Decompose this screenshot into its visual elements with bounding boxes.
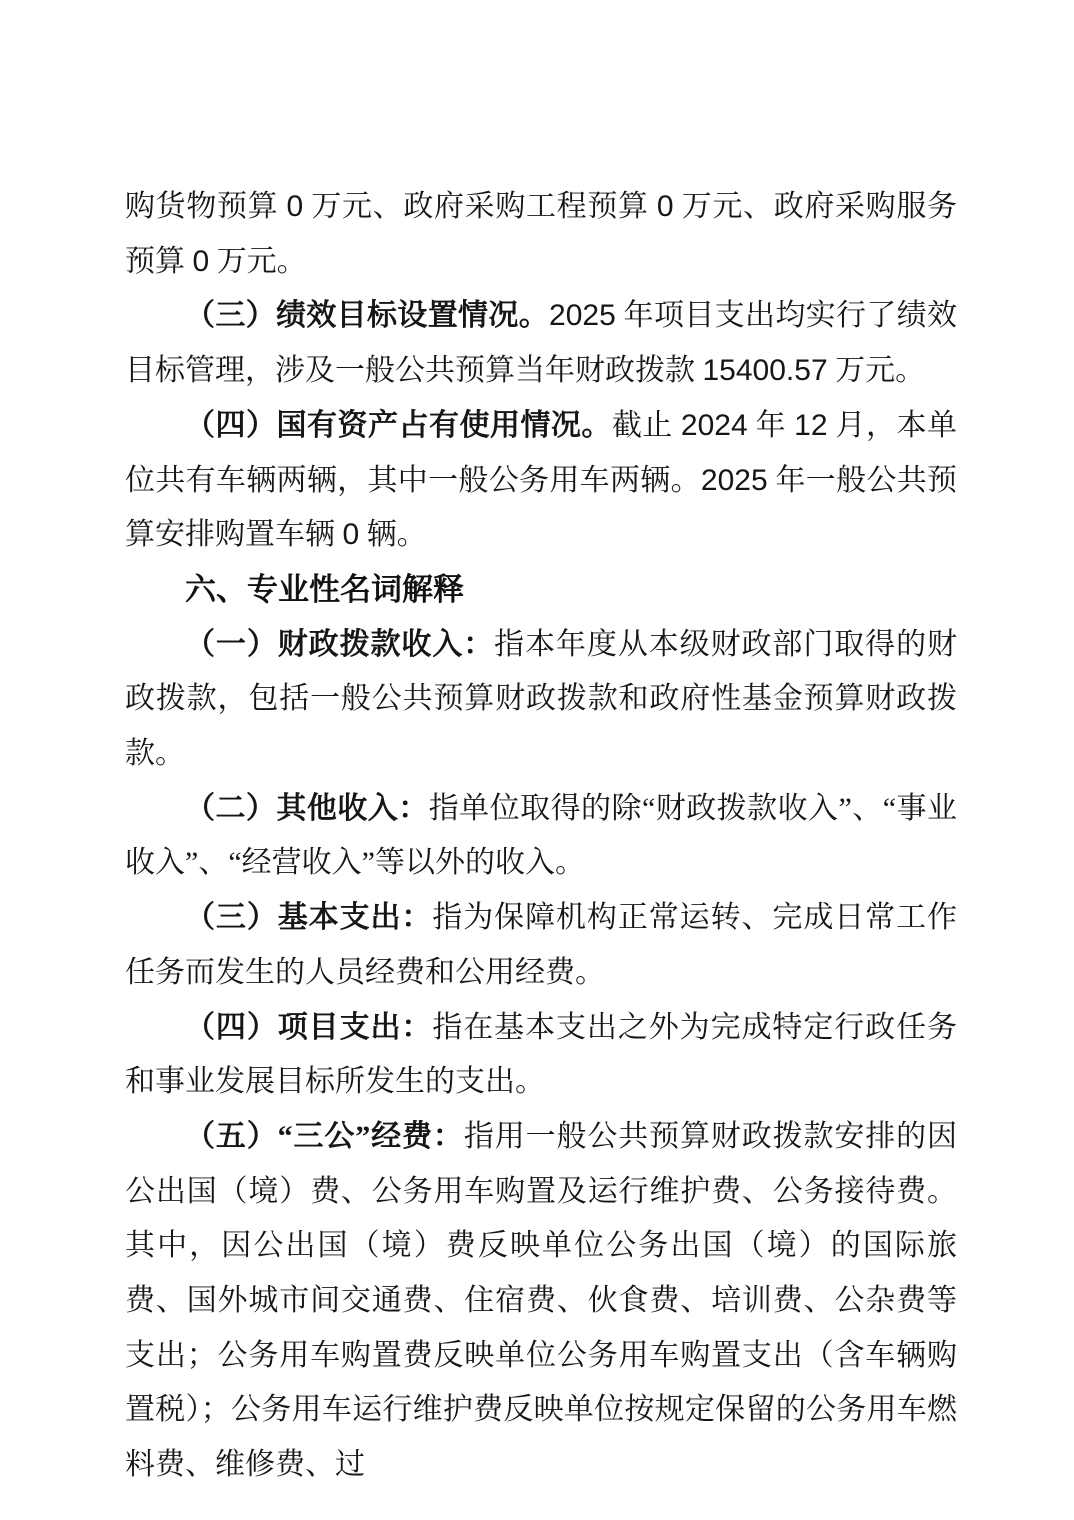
paragraph-lead: （四）国有资产占有使用情况。 <box>185 409 612 442</box>
numeric-text: 2025 <box>549 299 616 332</box>
paragraph-lead: （三）绩效目标设置情况。 <box>185 299 549 332</box>
numeric-text: 12 <box>794 409 827 442</box>
paragraph-lead: （一）财政拨款收入： <box>185 628 494 661</box>
numeric-text: 0 <box>343 518 360 551</box>
paragraph-term-fiscal-appropriation-income: （一）财政拨款收入：指本年度从本级财政部门取得的财政拨款，包括一般公共预算财政拨… <box>125 618 957 782</box>
section-heading-terms: 六、专业性名词解释 <box>125 563 957 618</box>
numeric-text: 0 <box>287 190 304 223</box>
paragraph-performance-targets: （三）绩效目标设置情况。2025 年项目支出均实行了绩效目标管理，涉及一般公共预… <box>125 289 957 398</box>
paragraph-text: 指用一般公共预算财政拨款安排的因公出国（境）费、公务用车购置及运行维护费、公务接… <box>125 1120 957 1481</box>
numeric-text: 0 <box>657 190 674 223</box>
paragraph-procurement-continuation: 购货物预算 0 万元、政府采购工程预算 0 万元、政府采购服务预算 0 万元。 <box>125 180 957 289</box>
paragraph-lead: （五）“三公”经费： <box>185 1120 464 1153</box>
numeric-text: 2024 <box>681 409 748 442</box>
paragraph-term-three-public-funds: （五）“三公”经费：指用一般公共预算财政拨款安排的因公出国（境）费、公务用车购置… <box>125 1110 957 1493</box>
paragraph-state-assets: （四）国有资产占有使用情况。截止 2024 年 12 月，本单位共有车辆两辆，其… <box>125 399 957 563</box>
paragraph-term-other-income: （二）其他收入：指单位取得的除“财政拨款收入”、“事业收入”、“经营收入”等以外… <box>125 782 957 891</box>
paragraph-term-basic-expenditure: （三）基本支出：指为保障机构正常运转、完成日常工作任务而发生的人员经费和公用经费… <box>125 891 957 1000</box>
section-heading-text: 六、专业性名词解释 <box>185 572 464 607</box>
paragraph-term-project-expenditure: （四）项目支出：指在基本支出之外为完成特定行政任务和事业发展目标所发生的支出。 <box>125 1001 957 1110</box>
numeric-text: 2025 <box>701 464 768 497</box>
numeric-text: 15400.57 <box>703 354 828 387</box>
paragraph-lead: （四）项目支出： <box>185 1011 432 1044</box>
paragraph-lead: （二）其他收入： <box>185 792 429 825</box>
document-page: 购货物预算 0 万元、政府采购工程预算 0 万元、政府采购服务预算 0 万元。 … <box>0 0 1074 1520</box>
document-body: 购货物预算 0 万元、政府采购工程预算 0 万元、政府采购服务预算 0 万元。 … <box>125 180 957 1493</box>
paragraph-lead: （三）基本支出： <box>185 901 432 934</box>
numeric-text: 0 <box>193 245 210 278</box>
paragraph-text: 购货物预算 0 万元、政府采购工程预算 0 万元、政府采购服务预算 0 万元。 <box>125 190 957 278</box>
